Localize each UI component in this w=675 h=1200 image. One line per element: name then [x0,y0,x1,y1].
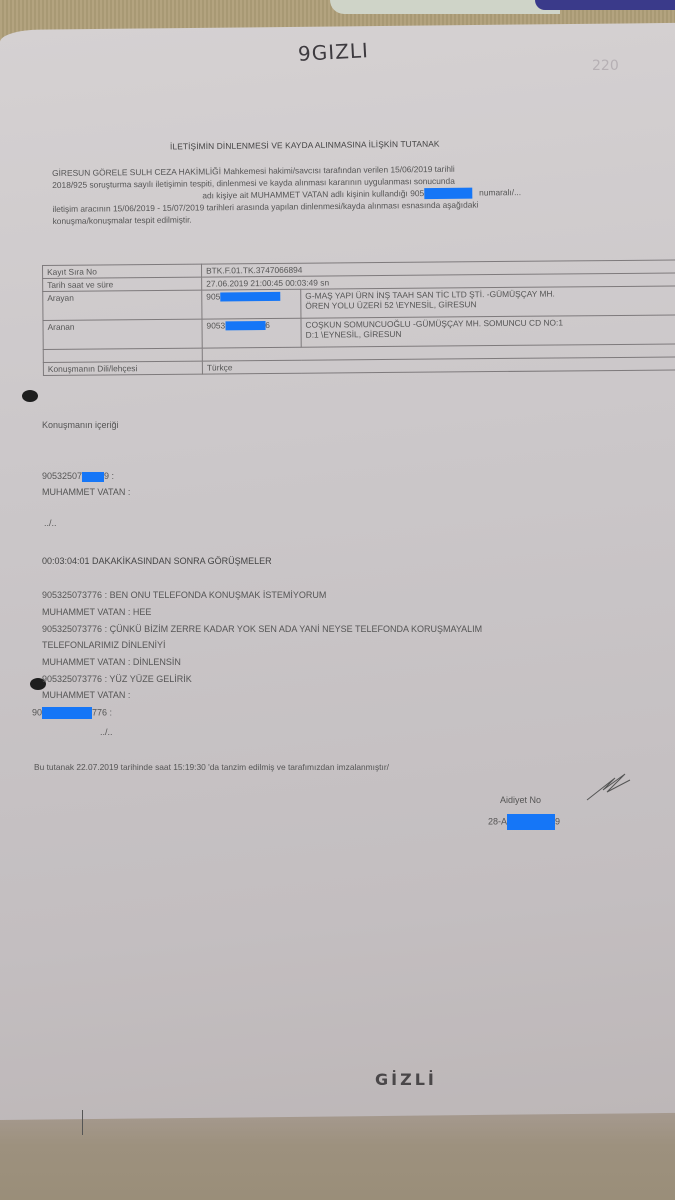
table-label: Arayan [43,290,202,320]
redaction-block [507,814,555,830]
number-suffix: 6 [265,320,270,330]
table-label: Aranan [43,319,202,349]
section-heading: 00:03:04:01 DAKAKİKASINDAN SONRA GÖRÜŞME… [42,556,272,566]
transcript-text: 776 : [92,707,112,717]
transcript-line: 905325073776 : ÇÜNKÜ BİZİM ZERRE KADAR Y… [42,624,482,634]
confidential-stamp: GİZLİ [375,1070,437,1089]
paper-crease [82,1110,83,1135]
transcript-line: MUHAMMET VATAN : [42,690,130,700]
transcript-line: 905325079 : [42,471,114,482]
number-prefix: 9053 [206,320,225,330]
transcript-text: 90532507 [42,471,82,481]
detail-line: D:1 \EYNESİL, GİRESUN [306,326,675,339]
signature-scribble [585,770,635,810]
transcript-line: 905325073776 : YÜZ YÜZE GELİRİK [42,674,192,684]
intro-text: adı kişiye ait MUHAMMET VATAN adlı kişin… [202,188,424,200]
redaction-block [220,292,280,302]
transcript-text: 90 [32,707,42,717]
signer-id: 28-A9 [488,814,560,830]
transcript-line: MUHAMMET VATAN : DİNLENSİN [42,657,181,667]
intro-paragraph: GİRESUN GÖRELE SULH CEZA HAKİMLİĞİ Mahke… [52,160,675,227]
transcript-line: 905325073776 : BEN ONU TELEFONDA KONUŞMA… [42,590,326,600]
punch-hole [22,390,38,402]
callee-number: 90536 [202,318,301,348]
table-label: Konuşmanın Dili/lehçesi [43,361,202,375]
number-prefix: 905 [206,291,220,301]
transcript-line: ../.. [44,518,57,528]
handwritten-header: 9GIZLI [297,38,369,66]
call-record-table: Kayıt Sıra No BTK.F.01.TK.3747066894 Tar… [42,259,675,376]
redaction-block [225,321,265,330]
detail-line: ÖREN YOLU ÜZERİ 52 \EYNESİL, GİRESUN [305,297,675,310]
content-label: Konuşmanın içeriği [42,420,119,430]
redaction-block [42,707,92,719]
transcript-line: MUHAMMET VATAN : [42,487,130,497]
signer-label: Aidiyet No [500,795,541,805]
signer-id-suffix: 9 [555,816,560,826]
transcript-line: 90776 : [32,707,112,719]
background-object [535,0,675,10]
page-number-faint: 220 [592,58,619,74]
caller-number: 905 [202,289,301,319]
transcript-line: MUHAMMET VATAN : HEE [42,607,151,617]
caller-detail: G-MAŞ YAPI ÜRN İNŞ TAAH SAN TİC LTD ŞTİ.… [301,286,675,318]
callee-detail: COŞKUN SOMUNCUOĞLU -GÜMÜŞÇAY MH. SOMUNCU… [301,315,675,347]
transcript-line: ../.. [100,727,113,737]
background-object [330,0,560,14]
transcript-text: 9 : [104,471,114,481]
redaction-block [82,472,104,482]
transcript-line: TELEFONLARIMIZ DİNLENİYİ [42,640,166,650]
signer-id-prefix: 28-A [488,816,507,826]
redaction-block [424,188,472,200]
table-surface [0,1110,675,1200]
closing-statement: Bu tutanak 22.07.2019 tarihinde saat 15:… [34,762,389,772]
intro-text: numaralı/... [479,187,521,197]
